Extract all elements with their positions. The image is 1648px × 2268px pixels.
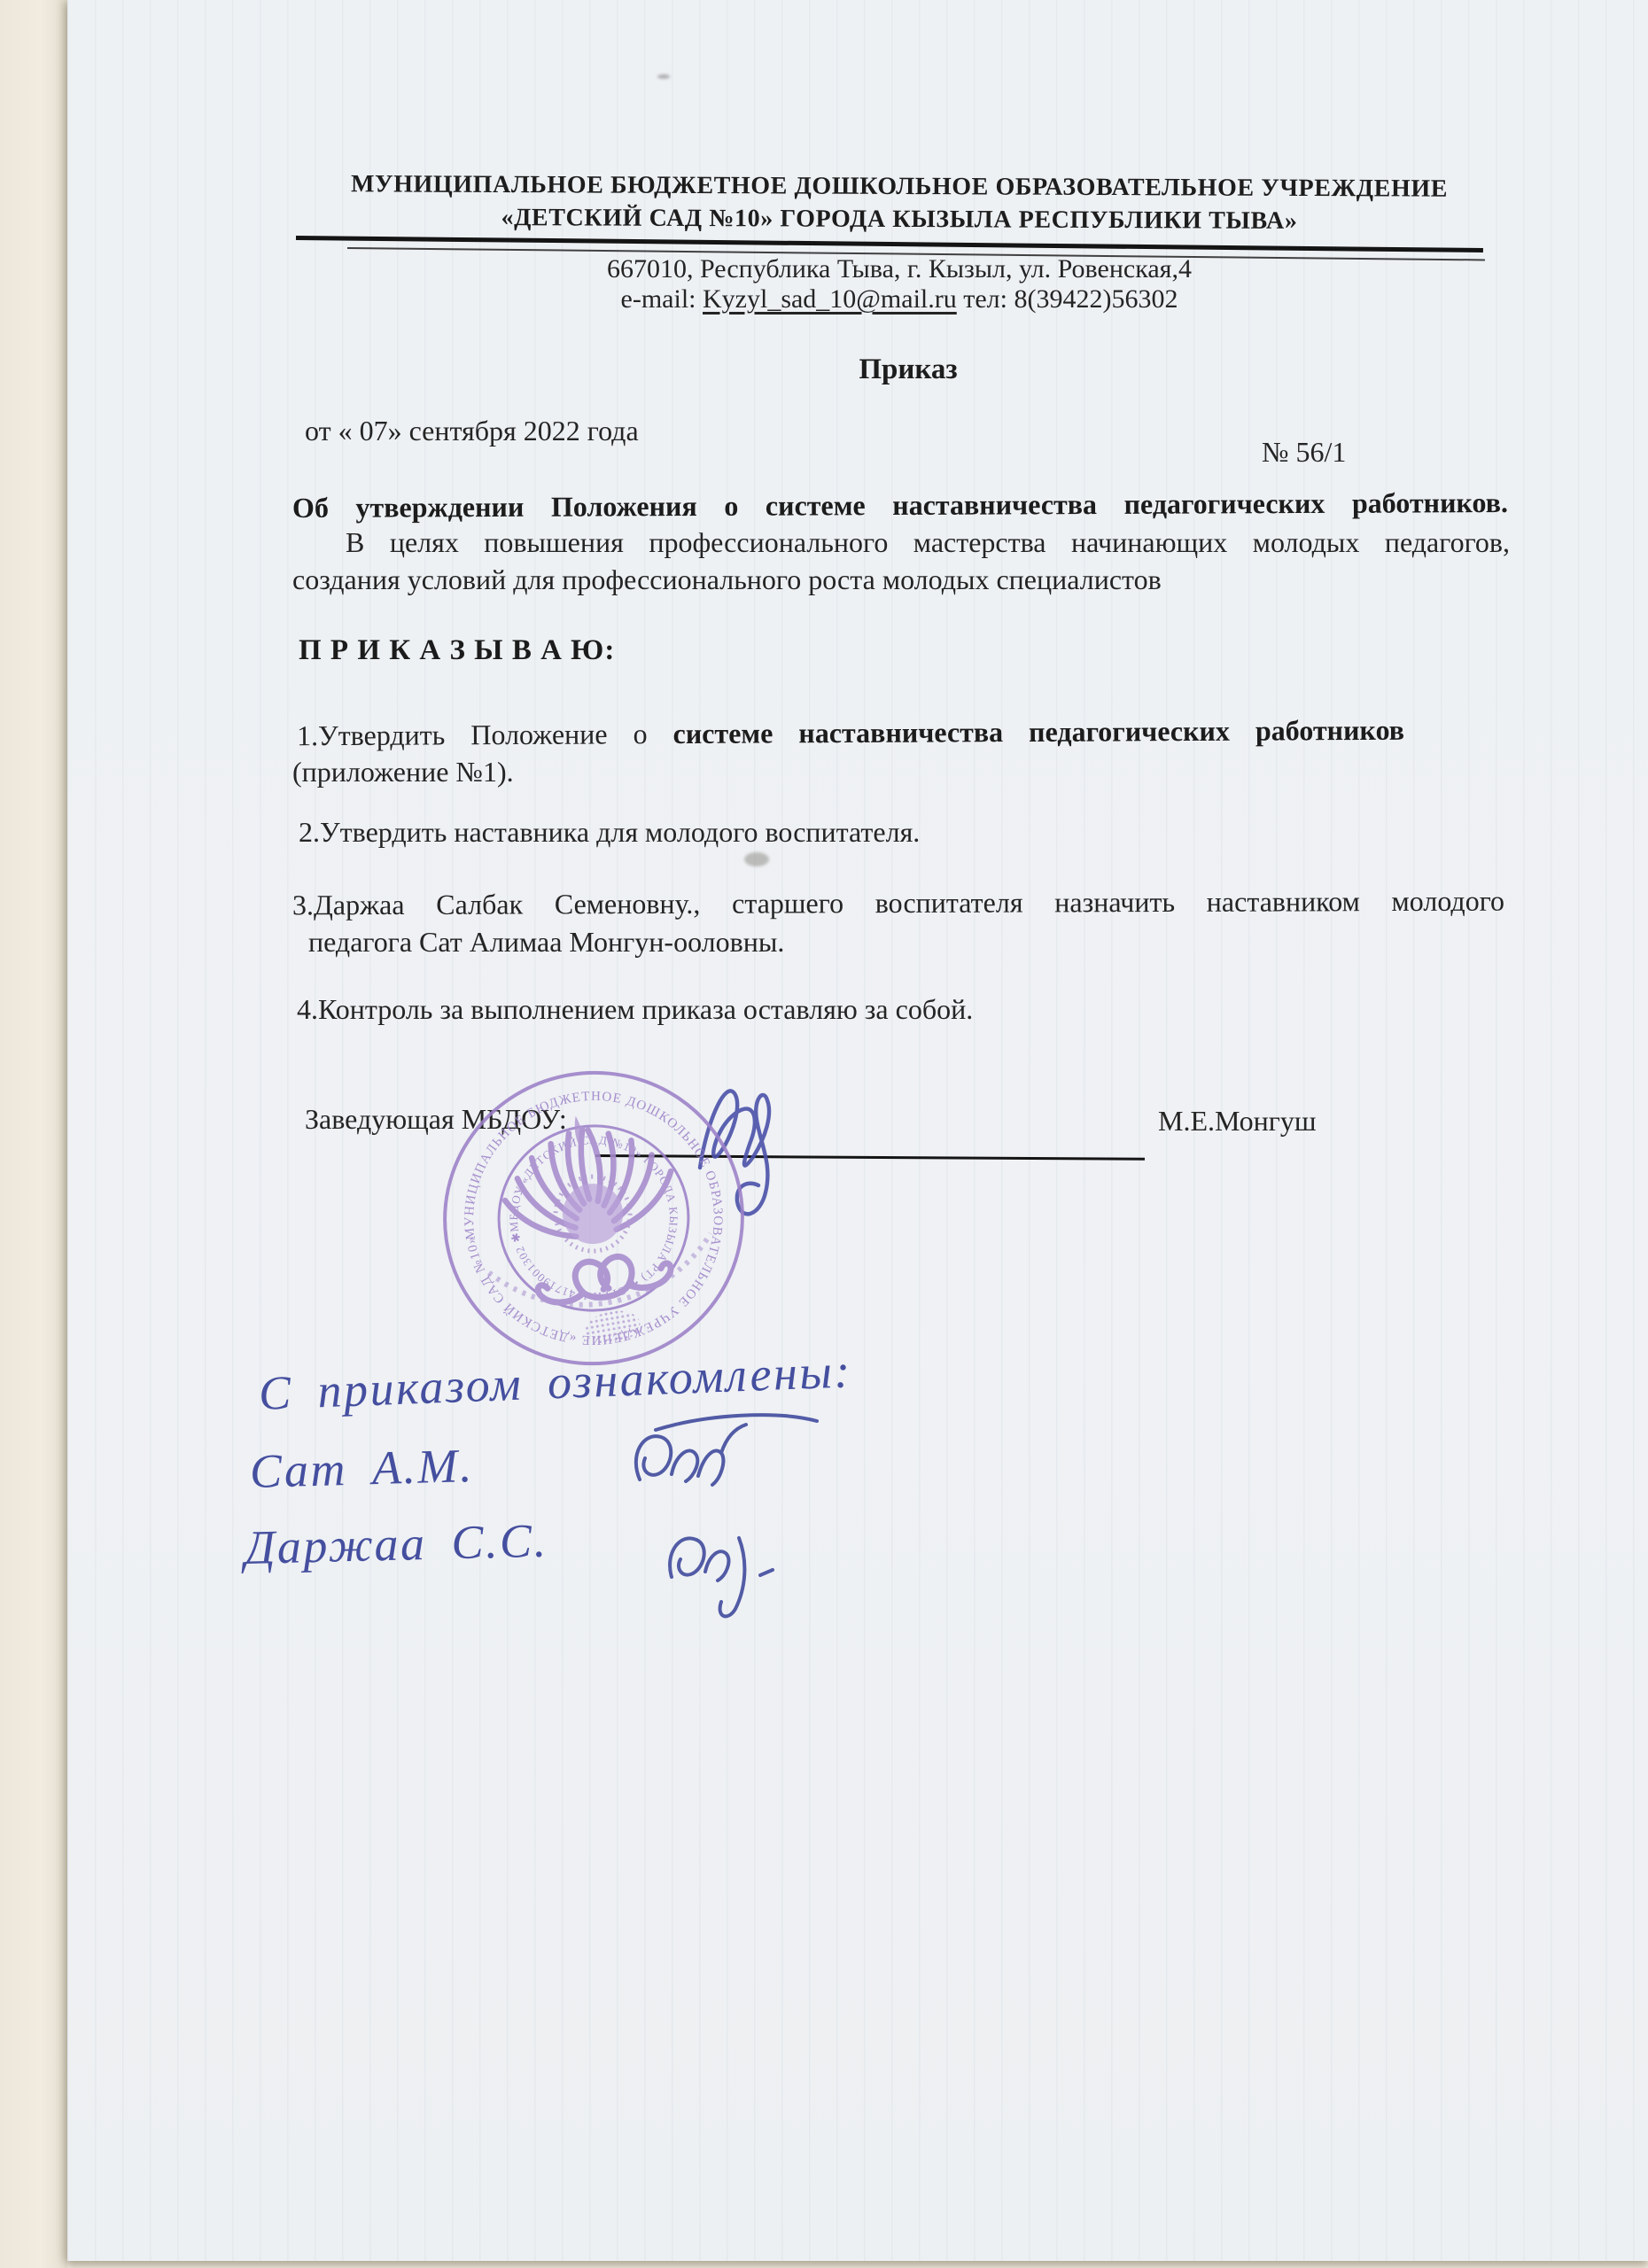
document-type-title: Приказ xyxy=(319,353,1497,386)
signatory-name: М.Е.Монгуш xyxy=(1158,1105,1317,1138)
official-stamp: МУНИЦИПАЛЬНОЕ БЮДЖЕТНОЕ ДОШКОЛЬНОЕ ОБРАЗ… xyxy=(439,1063,749,1373)
email-label: e-mail: xyxy=(621,284,703,314)
preamble-line2: создания условий для профессионального р… xyxy=(292,563,1162,596)
scan-dash-artifact xyxy=(657,74,670,79)
item1-bold-text: системе наставничества педагогических ра… xyxy=(672,714,1404,750)
scanner-bed-strip xyxy=(0,0,67,2268)
org-name-line1: МУНИЦИПАЛЬНОЕ БЮДЖЕТНОЕ ДОШКОЛЬНОЕ ОБРАЗ… xyxy=(284,167,1515,206)
preamble-line1: В целях повышения профессионального маст… xyxy=(292,526,1510,559)
order-subject: Об утверждении Положения о системе наста… xyxy=(292,486,1508,524)
scanned-order-page: МУНИЦИПАЛЬНОЕ БЮДЖЕТНОЕ ДОШКОЛЬНОЕ ОБРАЗ… xyxy=(0,0,1648,2268)
item3-line2: педагога Сат Алимаа Монгун-ооловны. xyxy=(308,926,784,959)
item1-regular-text: 1.Утвердить Положение о xyxy=(297,718,673,751)
item4-line: 4.Контроль за выполнением приказа оставл… xyxy=(297,993,973,1026)
item1-line1: 1.Утвердить Положение о системе наставни… xyxy=(297,714,1404,753)
acknowledger-name-2: Даржаа С.С. xyxy=(244,1513,548,1575)
item3-line1: 3.Даржаа Салбак Семеновну., старшего вос… xyxy=(292,885,1504,922)
scan-smudge xyxy=(744,852,769,866)
order-number: № 56/1 xyxy=(1262,436,1346,469)
org-name-line2: «ДЕТСКИЙ САД №10» ГОРОДА КЫЗЫЛА РЕСПУБЛИ… xyxy=(284,200,1515,238)
org-contacts: e-mail: Kyzyl_sad_10@mail.ru тел: 8(3942… xyxy=(284,284,1515,315)
org-address: 667010, Республика Тыва, г. Кызыл, ул. Р… xyxy=(284,254,1515,284)
signature-sat xyxy=(620,1402,824,1508)
decree-word: П Р И К А З Ы В А Ю: xyxy=(299,634,615,667)
item1-line2: (приложение №1). xyxy=(292,756,514,788)
email-address: Kyzyl_sad_10@mail.ru xyxy=(703,284,957,314)
signature-darzhaa xyxy=(654,1506,822,1635)
order-date: от « 07» сентября 2022 года xyxy=(305,415,639,447)
item2-line: 2.Утвердить наставника для молодого восп… xyxy=(299,816,920,849)
phone-number: тел: 8(39422)56302 xyxy=(957,284,1178,314)
acknowledger-name-1: Сат А.М. xyxy=(249,1438,474,1499)
